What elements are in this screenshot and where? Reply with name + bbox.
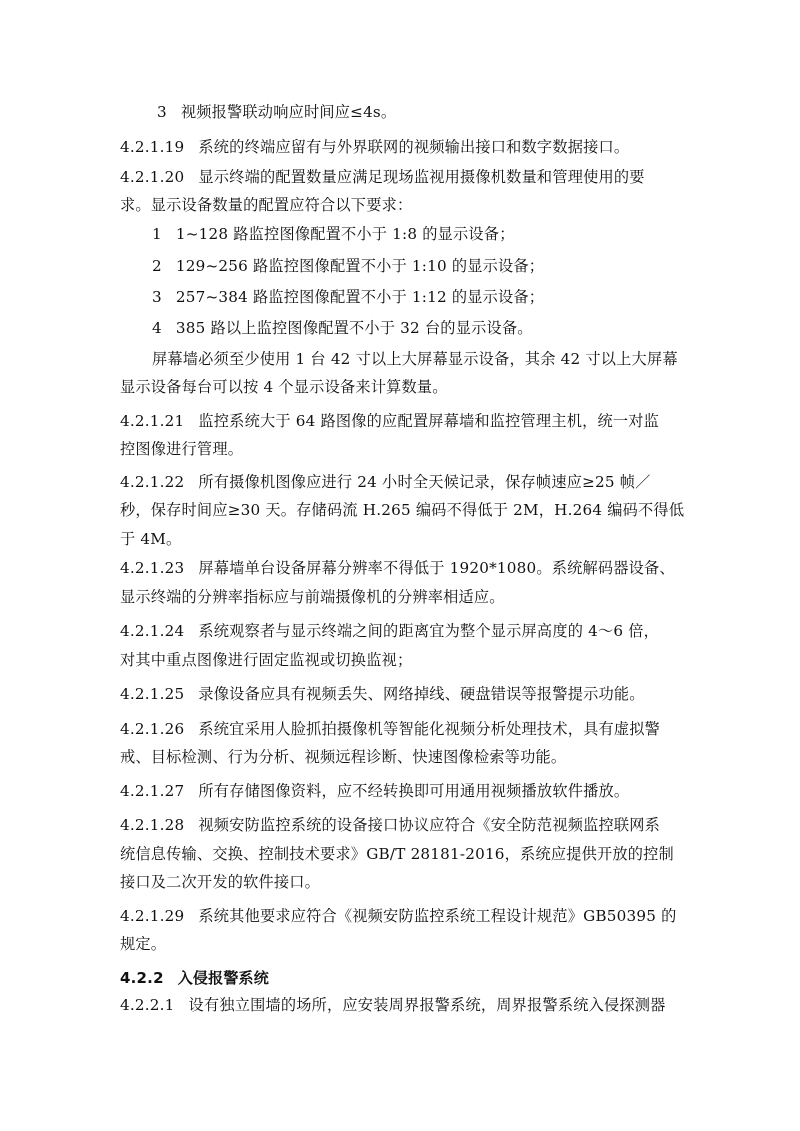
item-text: 视频报警联动响应时间应≤4s。 — [181, 103, 396, 121]
clause-text: 系统观察者与显示终端之间的距离宜为整个显示屏高度的 4～6 倍， — [198, 622, 659, 640]
item-text: 1~128 路监控图像配置不小于 1:8 的显示设备； — [176, 225, 515, 243]
clause-number: 4.2.1.23 — [120, 558, 184, 578]
document-page: 3视频报警联动响应时间应≤4s。 4.2.1.19系统的终端应留有与外界联网的视… — [0, 0, 800, 1131]
clause-4-2-1-22: 4.2.1.22所有摄像机图像应进行 24 小时全天候记录，保存帧速应≥25 帧… — [120, 472, 685, 492]
clause-continuation: 接口及二次开发的软件接口。 — [120, 872, 685, 892]
paragraph: 屏幕墙必须至少使用 1 台 42 寸以上大屏幕显示设备，其余 42 寸以上大屏幕 — [152, 349, 717, 369]
item-number: 2 — [152, 256, 162, 276]
section-heading-4-2-2: 4.2.2入侵报警系统 — [120, 968, 685, 988]
clause-number: 4.2.1.27 — [120, 781, 184, 801]
clause-number: 4.2.1.22 — [120, 472, 184, 492]
clause-continuation: 规定。 — [120, 934, 685, 954]
section-title: 入侵报警系统 — [178, 969, 269, 987]
clause-continuation: 求。显示设备数量的配置应符合以下要求： — [120, 195, 685, 215]
clause-text: 屏幕墙单台设备屏幕分辨率不得低于 1920*1080。系统解码器设备、 — [198, 559, 674, 577]
clause-4-2-1-20: 4.2.1.20显示终端的配置数量应满足现场监视用摄像机数量和管理使用的要 — [120, 167, 685, 187]
clause-number: 4.2.1.19 — [120, 137, 184, 157]
clause-text: 所有摄像机图像应进行 24 小时全天候记录，保存帧速应≥25 帧／ — [198, 473, 650, 491]
clause-4-2-1-28: 4.2.1.28视频安防监控系统的设备接口协议应符合《安全防范视频监控联网系 — [120, 815, 685, 835]
item-number: 3 — [157, 102, 167, 122]
clause-number: 4.2.2.1 — [120, 995, 175, 1015]
item-number: 3 — [152, 287, 162, 307]
clause-4-2-1-19: 4.2.1.19系统的终端应留有与外界联网的视频输出接口和数字数据接口。 — [120, 137, 685, 157]
clause-number: 4.2.1.26 — [120, 719, 184, 739]
clause-4-2-1-26: 4.2.1.26系统宜采用人脸抓拍摄像机等智能化视频分析处理技术，具有虚拟警 — [120, 719, 685, 739]
clause-number: 4.2.1.20 — [120, 167, 184, 187]
item-text: 129~256 路监控图像配置不小于 1:10 的显示设备； — [176, 257, 544, 275]
item-number: 4 — [152, 318, 162, 338]
clause-4-2-2-1: 4.2.2.1设有独立围墙的场所，应安装周界报警系统，周界报警系统入侵探测器 — [120, 995, 685, 1015]
clause-4-2-1-29: 4.2.1.29系统其他要求应符合《视频安防监控系统工程设计规范》GB50395… — [120, 906, 685, 926]
list-item: 2129~256 路监控图像配置不小于 1:10 的显示设备； — [152, 256, 717, 276]
clause-continuation: 统信息传输、交换、控制技术要求》GB/T 28181-2016，系统应提供开放的… — [120, 844, 685, 864]
clause-text: 所有存储图像资料，应不经转换即可用通用视频播放软件播放。 — [198, 782, 629, 800]
clause-text: 系统的终端应留有与外界联网的视频输出接口和数字数据接口。 — [198, 138, 629, 156]
item-text: 257~384 路监控图像配置不小于 1:12 的显示设备； — [176, 288, 544, 306]
clause-continuation: 显示终端的分辨率指标应与前端摄像机的分辨率相适应。 — [120, 587, 685, 607]
item-text: 385 路以上监控图像配置不小于 32 台的显示设备。 — [176, 319, 533, 337]
clause-4-2-1-24: 4.2.1.24系统观察者与显示终端之间的距离宜为整个显示屏高度的 4～6 倍， — [120, 621, 685, 641]
list-item: 3257~384 路监控图像配置不小于 1:12 的显示设备； — [152, 287, 717, 307]
clause-4-2-1-25: 4.2.1.25录像设备应具有视频丢失、网络掉线、硬盘错误等报警提示功能。 — [120, 684, 685, 704]
clause-number: 4.2.1.24 — [120, 621, 184, 641]
clause-number: 4.2.1.28 — [120, 815, 184, 835]
list-item: 11~128 路监控图像配置不小于 1:8 的显示设备； — [152, 224, 717, 244]
clause-continuation: 秒，保存时间应≥30 天。存储码流 H.265 编码不得低于 2M，H.264 … — [120, 500, 685, 520]
clause-4-2-1-23: 4.2.1.23屏幕墙单台设备屏幕分辨率不得低于 1920*1080。系统解码器… — [120, 558, 685, 578]
clause-4-2-1-27: 4.2.1.27所有存储图像资料，应不经转换即可用通用视频播放软件播放。 — [120, 781, 685, 801]
clause-text: 系统其他要求应符合《视频安防监控系统工程设计规范》GB50395 的 — [198, 907, 676, 925]
clause-text: 设有独立围墙的场所，应安装周界报警系统，周界报警系统入侵探测器 — [189, 996, 666, 1014]
list-item: 3视频报警联动响应时间应≤4s。 — [157, 102, 722, 122]
clause-text: 监控系统大于 64 路图像的应配置屏幕墙和监控管理主机，统一对监 — [198, 412, 659, 430]
clause-continuation: 控图像进行管理。 — [120, 439, 685, 459]
clause-continuation: 戒、目标检测、行为分析、视频远程诊断、快速图像检索等功能。 — [120, 747, 685, 767]
clause-text: 系统宜采用人脸抓拍摄像机等智能化视频分析处理技术，具有虚拟警 — [198, 720, 660, 738]
clause-4-2-1-21: 4.2.1.21监控系统大于 64 路图像的应配置屏幕墙和监控管理主机，统一对监 — [120, 411, 685, 431]
clause-text: 录像设备应具有视频丢失、网络掉线、硬盘错误等报警提示功能。 — [198, 685, 644, 703]
list-item: 4385 路以上监控图像配置不小于 32 台的显示设备。 — [152, 318, 717, 338]
clause-number: 4.2.1.29 — [120, 906, 184, 926]
clause-number: 4.2.1.21 — [120, 411, 184, 431]
section-number: 4.2.2 — [120, 968, 164, 988]
clause-text: 视频安防监控系统的设备接口协议应符合《安全防范视频监控联网系 — [198, 816, 660, 834]
clause-text: 显示终端的配置数量应满足现场监视用摄像机数量和管理使用的要 — [198, 168, 644, 186]
paragraph-continuation: 显示设备每台可以按 4 个显示设备来计算数量。 — [120, 377, 685, 397]
clause-number: 4.2.1.25 — [120, 684, 184, 704]
clause-continuation: 对其中重点图像进行固定监视或切换监视； — [120, 650, 685, 670]
clause-continuation: 于 4M。 — [120, 529, 685, 549]
item-number: 1 — [152, 224, 162, 244]
